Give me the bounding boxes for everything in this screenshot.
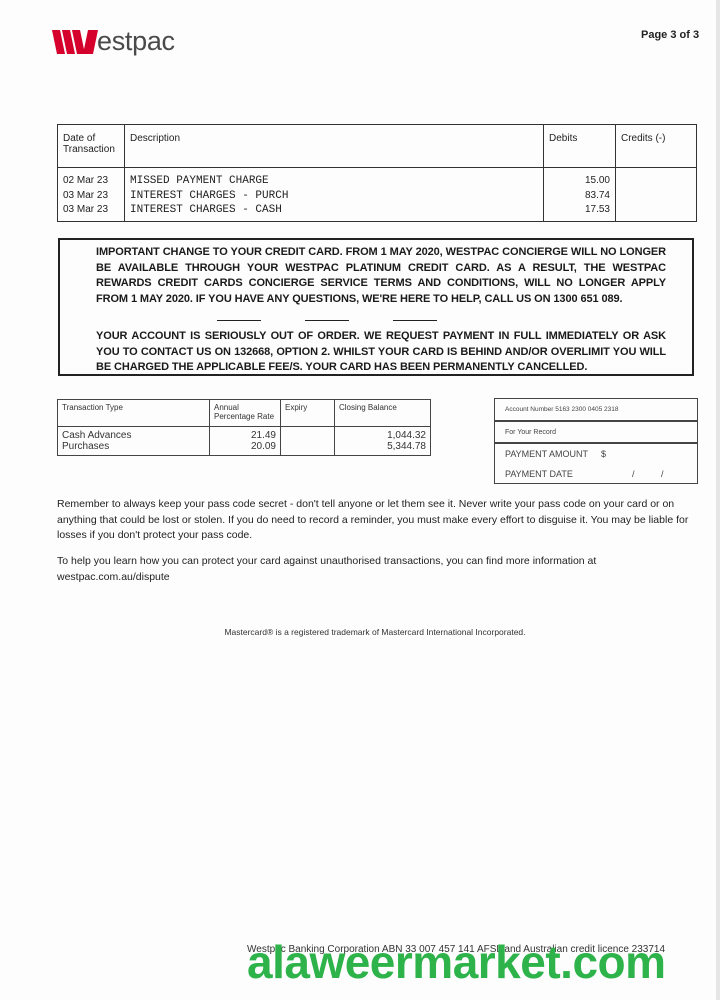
brand-name: estpac	[97, 28, 175, 54]
rate-type: Purchases	[62, 441, 205, 452]
notice-account-status: YOUR ACCOUNT IS SERIOUSLY OUT OF ORDER. …	[96, 329, 666, 376]
apr-cell: 21.49 20.09	[210, 427, 281, 456]
rate-apr: 21.49	[214, 430, 276, 441]
tx-date: 02 Mar 23	[63, 174, 119, 189]
transactions-table: Date of Transaction Description Debits C…	[57, 124, 697, 222]
descriptions-cell: MISSED PAYMENT CHARGE INTEREST CHARGES -…	[125, 168, 544, 222]
tx-description: INTEREST CHARGES - PURCH	[130, 189, 538, 204]
dispute-info: To help you learn how you can protect yo…	[57, 554, 637, 585]
balance-cell: 1,044.32 5,344.78	[335, 427, 431, 456]
closing-balance: 1,044.32	[339, 430, 426, 441]
tx-date: 03 Mar 23	[63, 189, 119, 204]
tx-debit: 15.00	[549, 174, 610, 189]
table-row: Cash Advances Purchases 21.49 20.09 1,04…	[58, 427, 431, 456]
westpac-w-icon	[52, 30, 98, 54]
tx-debit: 83.74	[549, 189, 610, 204]
payment-slip: Account Number 5163 2300 0405 2318 For Y…	[494, 398, 698, 484]
tx-date: 03 Mar 23	[63, 203, 119, 218]
expiry-cell	[281, 427, 335, 456]
closing-balance: 5,344.78	[339, 441, 426, 452]
rate-apr: 20.09	[214, 441, 276, 452]
rate-type: Cash Advances	[62, 430, 205, 441]
date-separator: /	[661, 469, 664, 479]
header-date: Date of Transaction	[58, 125, 125, 168]
account-number: Account Number 5163 2300 0405 2318	[505, 406, 618, 413]
tx-description: MISSED PAYMENT CHARGE	[130, 174, 538, 189]
divider-dash	[393, 320, 437, 321]
important-notice-box: IMPORTANT CHANGE TO YOUR CREDIT CARD. FR…	[58, 238, 694, 376]
page-edge	[716, 0, 720, 1000]
header-closing-balance: Closing Balance	[335, 400, 431, 427]
header-description: Description	[125, 125, 544, 168]
westpac-logo: estpac	[52, 24, 175, 54]
header-credits: Credits (-)	[616, 125, 697, 168]
for-your-record: For Your Record	[505, 429, 556, 436]
credits-cell	[616, 168, 697, 222]
table-header-row: Date of Transaction Description Debits C…	[58, 125, 697, 168]
dates-cell: 02 Mar 23 03 Mar 23 03 Mar 23	[58, 168, 125, 222]
debits-cell: 15.00 83.74 17.53	[544, 168, 616, 222]
page-indicator: Page 3 of 3	[641, 29, 699, 41]
header-debits: Debits	[544, 125, 616, 168]
types-cell: Cash Advances Purchases	[58, 427, 210, 456]
divider	[495, 420, 697, 422]
tx-description: INTEREST CHARGES - CASH	[130, 203, 538, 218]
watermark: alaweermarket.com	[247, 932, 666, 992]
date-separator: /	[632, 469, 635, 479]
divider-dash	[217, 320, 261, 321]
divider	[495, 442, 697, 444]
table-row: 02 Mar 23 03 Mar 23 03 Mar 23 MISSED PAY…	[58, 168, 697, 222]
passcode-warning: Remember to always keep your pass code s…	[57, 497, 697, 544]
header-transaction-type: Transaction Type	[58, 400, 210, 427]
header-apr: Annual Percentage Rate	[210, 400, 281, 427]
header-expiry: Expiry	[281, 400, 335, 427]
payment-amount-label: PAYMENT AMOUNT	[505, 449, 588, 459]
interest-rates-table: Transaction Type Annual Percentage Rate …	[57, 399, 431, 456]
notice-concierge-change: IMPORTANT CHANGE TO YOUR CREDIT CARD. FR…	[96, 245, 666, 307]
divider-dash	[305, 320, 349, 321]
trademark-notice: Mastercard® is a registered trademark of…	[0, 627, 720, 637]
tx-debit: 17.53	[549, 203, 610, 218]
payment-date-label: PAYMENT DATE	[505, 469, 573, 479]
table-header-row: Transaction Type Annual Percentage Rate …	[58, 400, 431, 427]
currency-symbol: $	[601, 449, 606, 459]
